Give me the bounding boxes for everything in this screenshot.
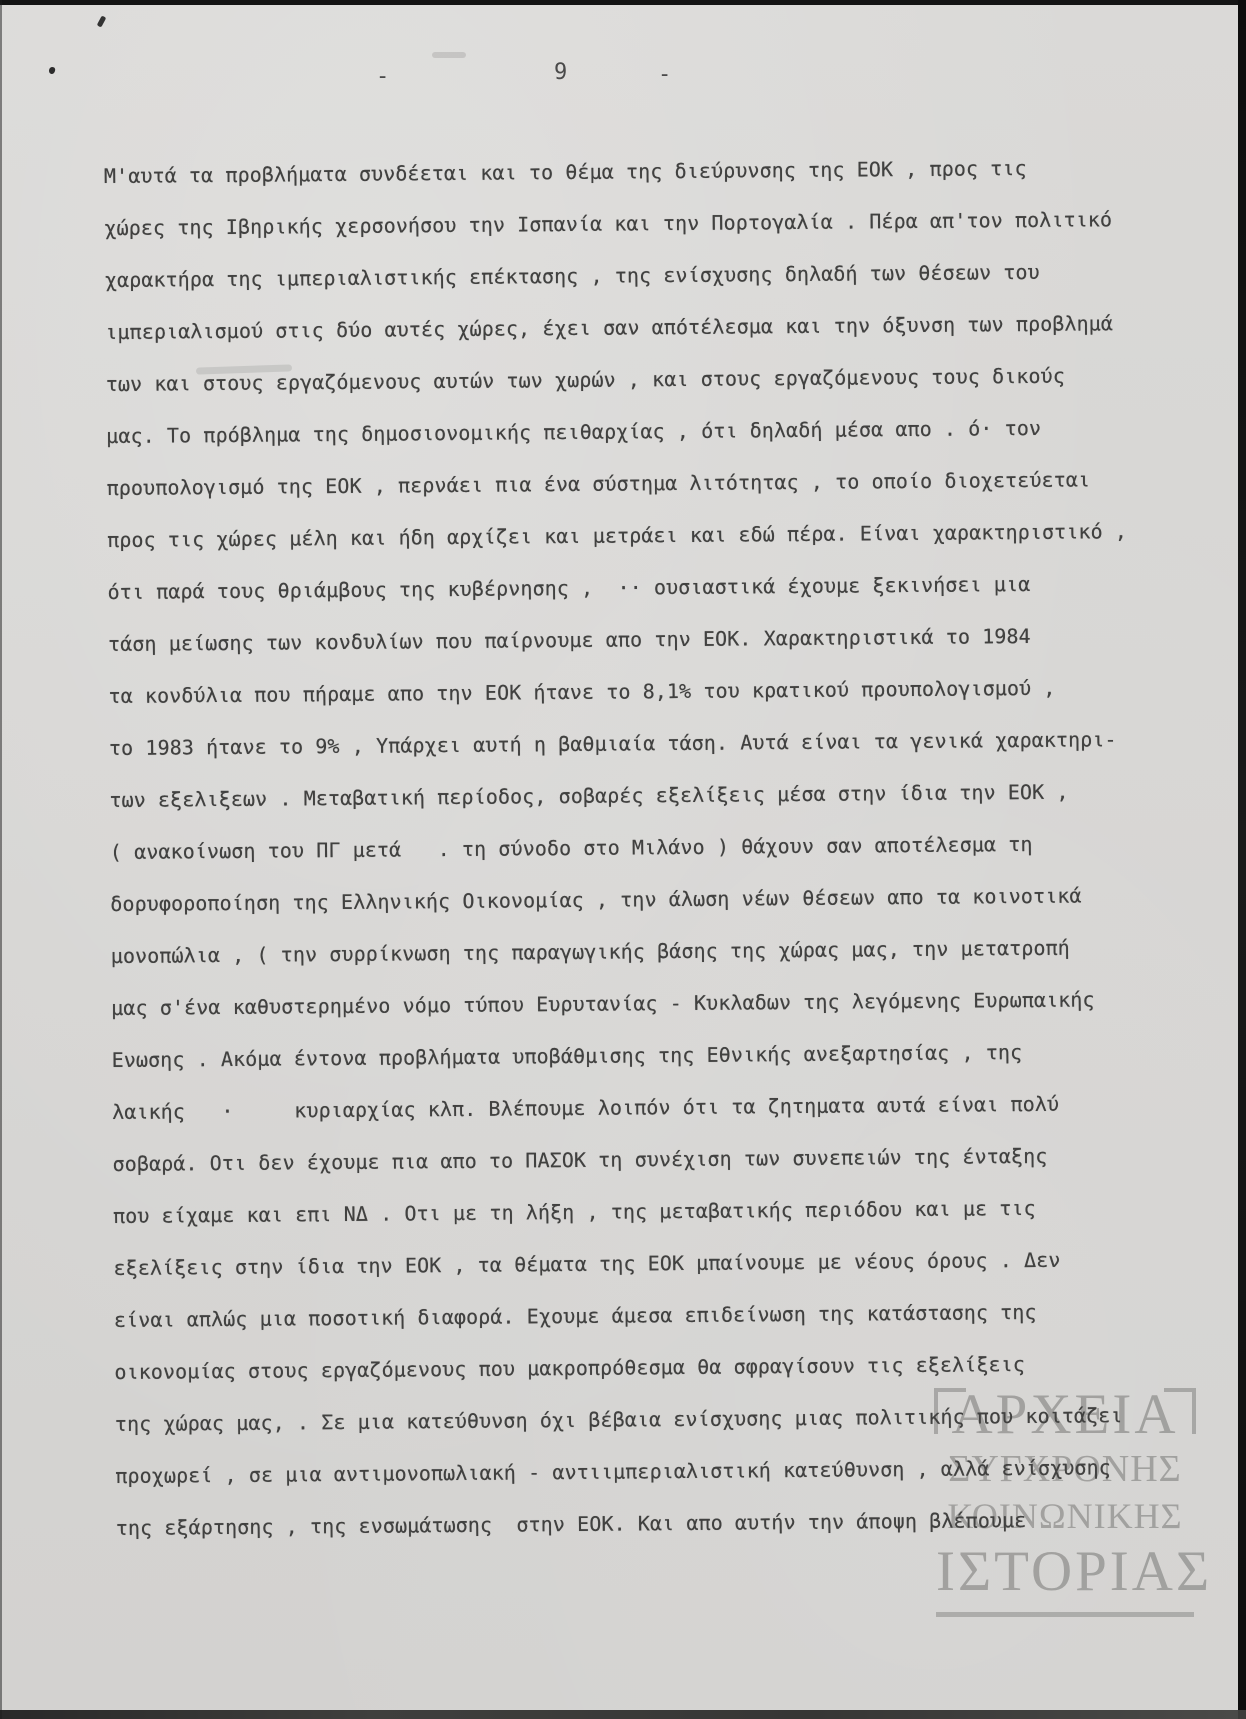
document-line: προυπολογισμό της ΕΟΚ , περνάει πια ένα … (106, 453, 1182, 514)
stamp-underline (936, 1612, 1194, 1617)
page-number: 9 (554, 60, 568, 85)
document-line: λαικής · κυριαρχίας κλπ. Βλέπουμε λοιπόν… (112, 1077, 1188, 1138)
scan-smudge (432, 52, 466, 58)
document-line: των και στους εργαζόμενους αυτών των χωρ… (106, 349, 1182, 410)
document-line: της εξάρτησης , της ενσωμάτωσης στην ΕΟΚ… (116, 1493, 1192, 1554)
scanned-page: - 9 - ΑΡΧΕΙΑ ΣΥΓΧΡΟΝΗΣ ΚΟΙΝΩΝΙΚΗΣ ΙΣΤΟΡΙ… (0, 0, 1246, 1719)
document-line: ( ανακοίνωση του ΠΓ μετά . τη σύνοδο στο… (110, 817, 1186, 878)
document-line: προχωρεί , σε μια αντιμονοπωλιακή - αντι… (115, 1441, 1191, 1502)
document-line: είναι απλώς μια ποσοτική διαφορά. Εχουμε… (114, 1285, 1190, 1346)
document-line: Ενωσης . Ακόμα έντονα προβλήματα υποβάθμ… (111, 1025, 1187, 1086)
document-line: τα κονδύλια που πήραμε απο την ΕΟΚ ήτανε… (108, 661, 1184, 722)
document-line: τάση μείωσης των κονδυλίων που παίρνουμε… (108, 609, 1184, 670)
document-line: των εξελιξεων . Μεταβατική περίοδος, σοβ… (109, 765, 1185, 826)
header-dash-left: - (376, 64, 389, 89)
document-line: σοβαρά. Οτι δεν έχουμε πια απο το ΠΑΣΟΚ … (112, 1129, 1188, 1190)
document-line: της χώρας μας, . Σε μια κατεύθυνση όχι β… (115, 1389, 1191, 1450)
scan-speck (48, 66, 56, 74)
document-line: ιμπεριαλισμού στις δύο αυτές χώρες, έχει… (105, 297, 1181, 358)
scan-edge-right (1238, 0, 1246, 1719)
document-line: το 1983 ήτανε το 9% , Υπάρχει αυτή η βαθ… (109, 713, 1185, 774)
document-line: οικονομίας στους εργαζόμενους που μακροπ… (114, 1337, 1190, 1398)
document-line: προς τις χώρες μέλη και ήδη αρχίζει και … (107, 505, 1183, 566)
document-line: μας. Το πρόβλημα της δημοσιονομικής πειθ… (106, 401, 1182, 462)
document-line: μας σ'ένα καθυστερημένο νόμο τύπου Ευρυτ… (111, 973, 1187, 1034)
scan-edge-left (0, 0, 2, 1719)
scan-edge-top (0, 0, 1246, 5)
document-line: που είχαμε και επι ΝΔ . Οτι με τη λήξη ,… (113, 1181, 1189, 1242)
stamp-line-istorias: ΙΣΤΟΡΙΑΣ (936, 1540, 1194, 1604)
document-line: Μ'αυτά τα προβλήματα συνδέεται και το θέ… (104, 141, 1180, 202)
document-line: χαρακτήρα της ιμπεριαλιστικής επέκτασης … (105, 245, 1181, 306)
scan-speck (97, 15, 107, 27)
document-line: δορυφοροποίηση της Ελληνικής Οικονομίας … (110, 869, 1186, 930)
document-line: ότι παρά τους θριάμβους της κυβέρνησης ,… (107, 557, 1183, 618)
scan-edge-bottom (0, 1710, 1246, 1719)
document-line: μονοπώλια , ( την συρρίκνωση της παραγωγ… (111, 921, 1187, 982)
document-line: εξελίξεις στην ίδια την ΕΟΚ , τα θέματα … (113, 1233, 1189, 1294)
typewritten-paragraph: Μ'αυτά τα προβλήματα συνδέεται και το θέ… (104, 141, 1192, 1554)
document-line: χώρες της Ιβηρικής χερσονήσου την Ισπανί… (104, 193, 1180, 254)
header-dash-right: - (658, 62, 671, 87)
